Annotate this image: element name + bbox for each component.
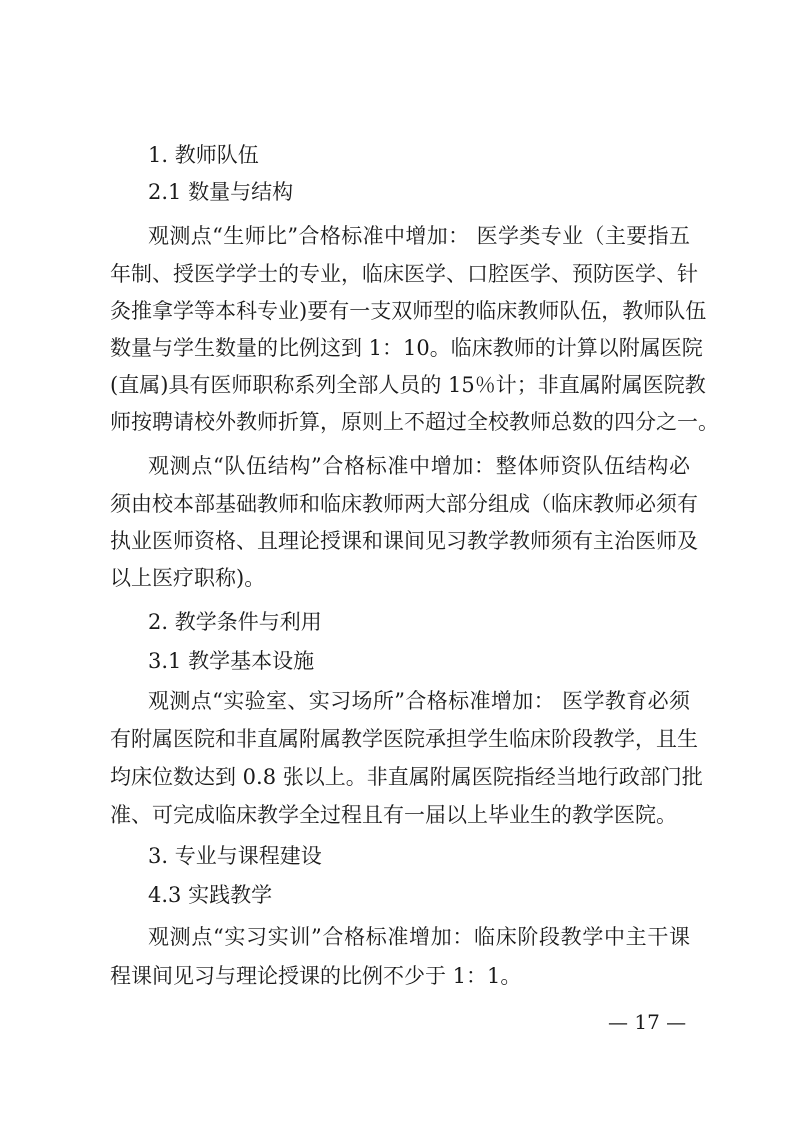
- paragraph-line: 灸推拿学等本科专业)要有一支双师型的临床教师队伍，教师队伍: [110, 296, 690, 326]
- paragraph-line: 数量与学生数量的比例这到 1：10。临床教师的计算以附属医院: [110, 333, 690, 363]
- paragraph-line: 均床位数达到 0.8 张以上。非直属附属医院指经当地行政部门批: [110, 762, 690, 792]
- paragraph-line: 观测点“实验室、实习场所”合格标准增加： 医学教育必须: [148, 686, 690, 716]
- paragraph-line: 须由校本部基础教师和临床教师两大部分组成（临床教师必须有: [110, 489, 690, 519]
- subsection-heading-basic-facilities: 3.1 教学基本设施: [148, 646, 314, 676]
- paragraph-line: 师按聘请校外教师折算，原则上不超过全校教师总数的四分之一。: [110, 407, 690, 437]
- paragraph-line: 观测点“实习实训”合格标准增加：临床阶段教学中主干课: [148, 922, 690, 952]
- section-heading-curriculum: 3. 专业与课程建设: [148, 841, 322, 871]
- page-number: — 17 —: [608, 1007, 686, 1037]
- subsection-heading-quantity-structure: 2.1 数量与结构: [148, 177, 293, 207]
- paragraph-line: 执业医师资格、且理论授课和课间见习教学教师须有主治医师及: [110, 526, 690, 556]
- paragraph-line: 观测点“队伍结构”合格标准中增加：整体师资队伍结构必: [148, 451, 690, 481]
- section-heading-teachers: 1. 教师队伍: [148, 140, 259, 170]
- section-heading-teaching-conditions: 2. 教学条件与利用: [148, 607, 322, 637]
- paragraph-line: 观测点“生师比”合格标准中增加： 医学类专业（主要指五: [148, 221, 690, 251]
- paragraph-line: 准、可完成临床教学全过程且有一届以上毕业生的教学医院。: [110, 800, 690, 830]
- subsection-heading-practice-teaching: 4.3 实践教学: [148, 880, 272, 910]
- paragraph-line: 以上医疗职称)。: [110, 563, 690, 593]
- paragraph-line: 程课间见习与理论授课的比例不少于 1：1。: [110, 961, 690, 991]
- paragraph-line: 有附属医院和非直属附属教学医院承担学生临床阶段教学，且生: [110, 724, 690, 754]
- paragraph-line: 年制、授医学学士的专业，临床医学、口腔医学、预防医学、针: [110, 259, 690, 289]
- paragraph-line: (直属)具有医师职称系列全部人员的 15％计；非直属附属医院教: [110, 370, 690, 400]
